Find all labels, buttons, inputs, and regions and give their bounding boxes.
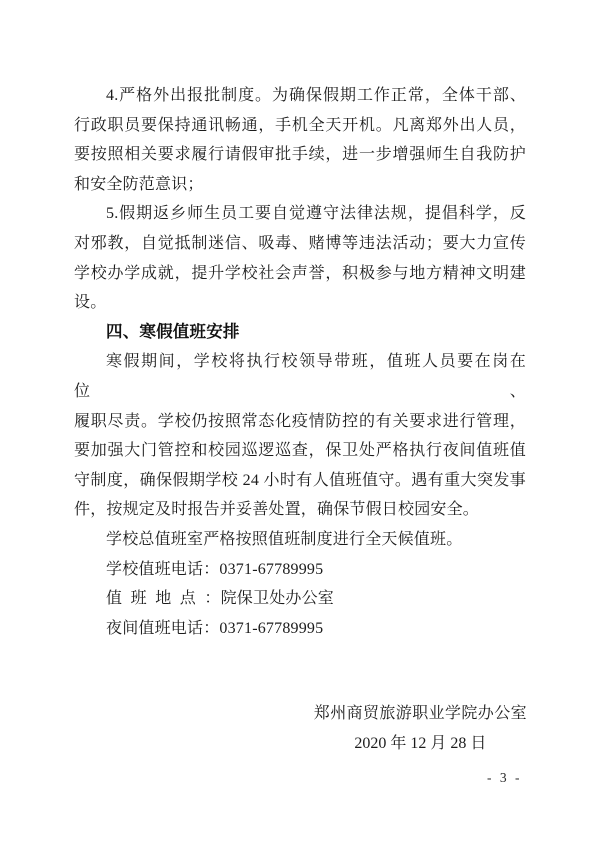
section-heading: 四、寒假值班安排 [74, 318, 526, 348]
text-line: 件，按规定及时报告并妥善处置，确保节假日校园安全。 [74, 495, 526, 525]
text-line: 对邪教，自觉抵制迷信、吸毒、赌博等违法活动；要大力宣传 [74, 229, 526, 259]
text-line: 5.假期返乡师生员工要自觉遵守法律法规，提倡科学，反 [74, 199, 526, 229]
text-line: 要加强大门管控和校园巡逻巡查，保卫处严格执行夜间值班值 [74, 436, 526, 466]
text-line: 和安全防范意识； [74, 170, 526, 200]
page-number: - 3 - [487, 770, 522, 786]
contact-line-duty-location: 值 班 地 点 ：院保卫处办公室 [74, 584, 526, 614]
document-page: 4.严格外出报批制度。为确保假期工作正常，全体干部、 行政职员要保持通讯畅通，手… [0, 0, 600, 848]
signature-date: 2020 年 12 月 28 日 [314, 729, 527, 759]
text-line: 行政职员要保持通讯畅通，手机全天开机。凡离郑外出人员， [74, 111, 526, 141]
text-line: 设。 [74, 288, 526, 318]
signature-block: 郑州商贸旅游职业学院办公室 2020 年 12 月 28 日 [314, 699, 527, 758]
text-line: 要按照相关要求履行请假审批手续，进一步增强师生自我防护 [74, 140, 526, 170]
text-line: 守制度，确保假期学校 24 小时有人值班值守。遇有重大突发事 [74, 466, 526, 496]
contact-line-night-phone: 夜间值班电话：0371-67789995 [74, 614, 526, 644]
text-line: 寒假期间，学校将执行校领导带班，值班人员要在岗在位、 [74, 347, 526, 406]
text-line: 履职尽责。学校仍按照常态化疫情防控的有关要求进行管理， [74, 407, 526, 437]
contact-line-school-phone: 学校值班电话：0371-67789995 [74, 555, 526, 585]
text-line: 学校总值班室严格按照值班制度进行全天候值班。 [74, 525, 526, 555]
signature-office-name: 郑州商贸旅游职业学院办公室 [314, 699, 527, 729]
text-line: 4.严格外出报批制度。为确保假期工作正常，全体干部、 [74, 81, 526, 111]
text-line: 学校办学成就，提升学校社会声誉，积极参与地方精神文明建 [74, 259, 526, 289]
document-body: 4.严格外出报批制度。为确保假期工作正常，全体干部、 行政职员要保持通讯畅通，手… [74, 81, 526, 643]
